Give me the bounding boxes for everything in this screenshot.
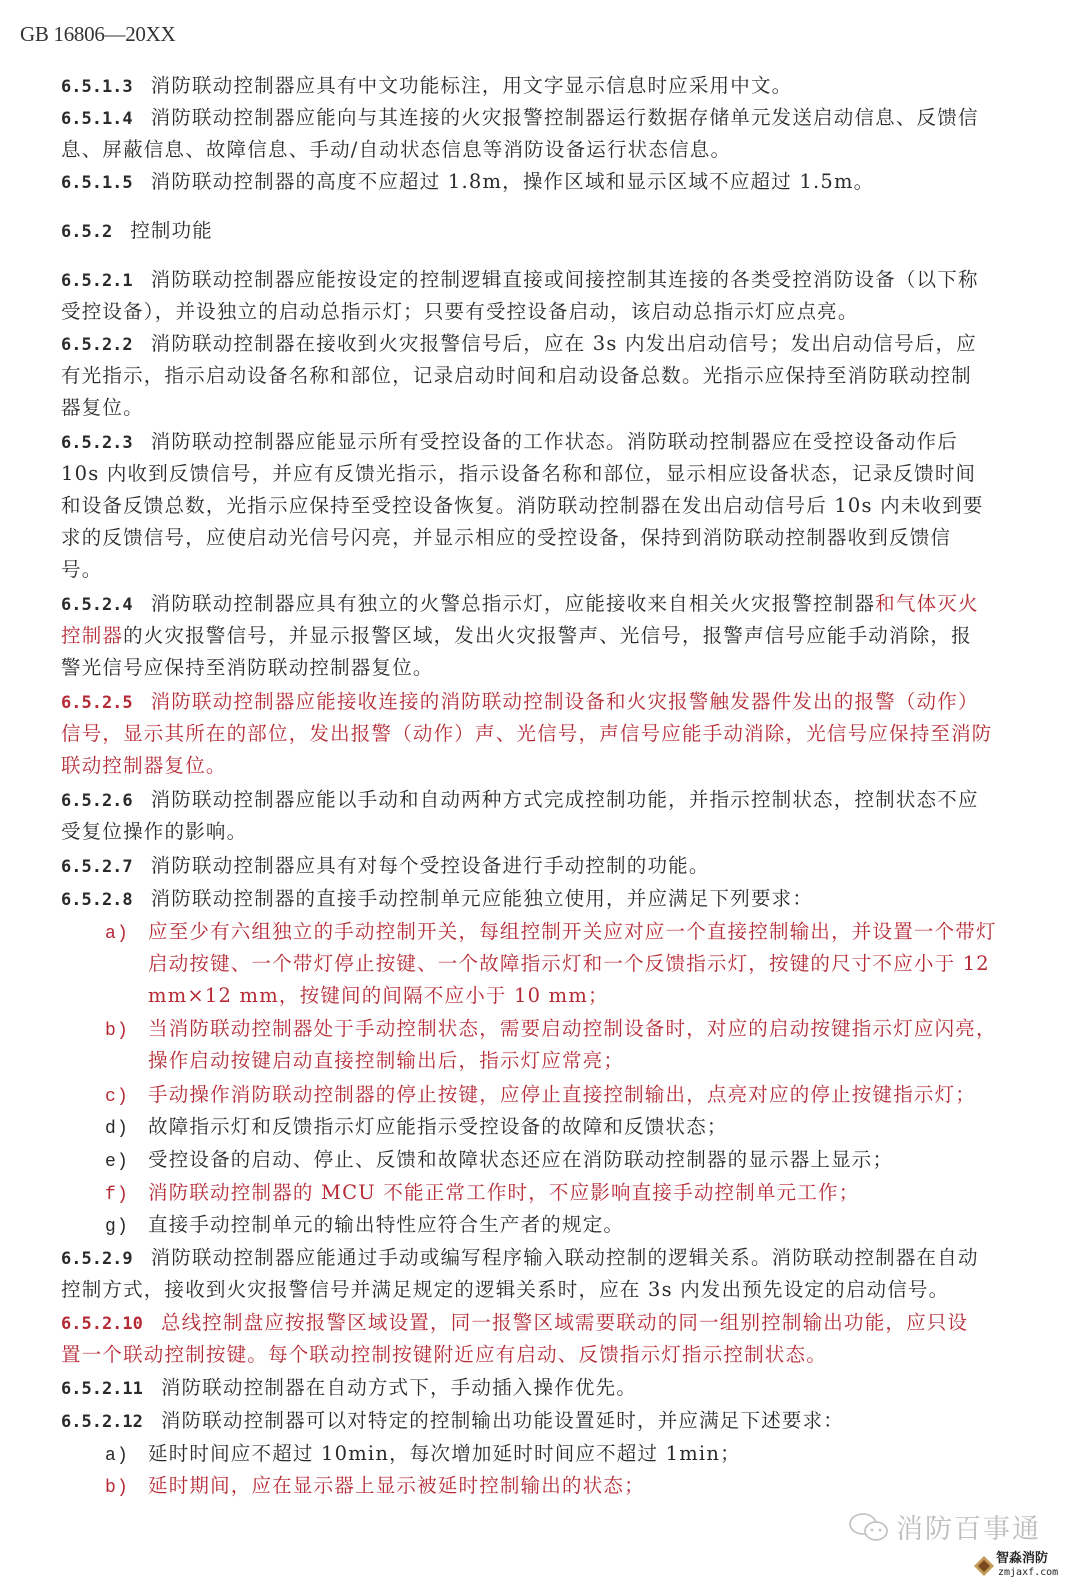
clause-line: 信号，显示其所在的部位，发出报警（动作）声、光信号，声信号应能手动消除，光信号应… <box>61 718 993 750</box>
clause-number: 6.5.2.3 <box>61 433 133 453</box>
body-text: 消防联动控制器应具有独立的火警总指示灯，应能接收来自相关火灾报警控制器 <box>151 592 876 615</box>
body-text: 受控设备），并设独立的启动总指示灯；只要有受控设备启动，该启动总指示灯应点亮。 <box>61 300 859 323</box>
body-text: 息、屏蔽信息、故障信息、手动/自动状态信息等消防设备运行状态信息。 <box>61 138 731 161</box>
clause-line: 6.5.2.7消防联动控制器应具有对每个受控设备进行手动控制的功能。 <box>61 850 710 883</box>
diamond-logo-icon <box>973 1555 995 1577</box>
list-item-line: a)应至少有六组独立的手动控制开关，每组控制开关应对应一个直接控制输出，并设置一… <box>105 916 997 950</box>
brand-name: 智淼消防 <box>996 1547 1048 1566</box>
clause-number: 6.5.2.1 <box>61 271 133 291</box>
body-text: 的火灾报警信号，并显示报警区域，发出火灾报警声、光信号，报警声信号应能手动消除，… <box>123 624 972 647</box>
clause-line: 6.5.2.2消防联动控制器在接收到火灾报警信号后，应在 3s 内发出启动信号；… <box>61 328 977 361</box>
list-item-line: a)延时时间应不超过 10min，每次增加延时时间应不超过 1min； <box>105 1438 741 1472</box>
clause-number: 6.5.2.6 <box>61 791 133 811</box>
clause-line: 10s 内收到反馈信号，并应有反馈光指示，指示设备名称和部位，显示相应设备状态，… <box>61 458 976 490</box>
clause-number: 6.5.1.4 <box>61 109 133 129</box>
highlighted-text: 消防联动控制器的 MCU 不能正常工作时，不应影响直接手动控制单元工作； <box>148 1181 859 1204</box>
highlighted-text: 置一个联动控制按键。每个联动控制按键附近应有启动、反馈指示灯指示控制状态。 <box>61 1343 827 1366</box>
clause-number: 6.5.2.2 <box>61 335 133 355</box>
highlighted-text: 操作启动按键启动直接控制输出后，指示灯应常亮； <box>148 1049 624 1072</box>
body-text: 故障指示灯和反馈指示灯应能指示受控设备的故障和反馈状态； <box>148 1115 728 1138</box>
list-item-line: mm×12 mm，按键间的间隔不应小于 10 mm； <box>105 980 609 1012</box>
list-item-line: d)故障指示灯和反馈指示灯应能指示受控设备的故障和反馈状态； <box>105 1111 728 1145</box>
watermark: 消防百事通 智淼消防 zmjaxf.com <box>848 1505 1048 1585</box>
body-text: 延时时间应不超过 10min，每次增加延时时间应不超过 1min； <box>148 1442 741 1465</box>
body-text: 消防联动控制器可以对特定的控制输出功能设置延时，并应满足下述要求： <box>161 1409 844 1432</box>
list-item-line: 启动按键、一个带灯停止按键、一个故障指示灯和一个反馈指示灯，按键的尺寸不应小于 … <box>105 948 990 980</box>
body-text: 消防联动控制器在自动方式下，手动插入操作优先。 <box>161 1376 637 1399</box>
clause-line: 6.5.2.11消防联动控制器在自动方式下，手动插入操作优先。 <box>61 1372 637 1405</box>
body-text: 消防联动控制器应能按设定的控制逻辑直接或间接控制其连接的各类受控消防设备（以下称 <box>151 268 979 291</box>
highlighted-text: 联动控制器复位。 <box>61 754 227 777</box>
body-text: 消防联动控制器的直接手动控制单元应能独立使用，并应满足下列要求： <box>151 887 813 910</box>
body-text: 10s 内收到反馈信号，并应有反馈光指示，指示设备名称和部位，显示相应设备状态，… <box>61 462 976 485</box>
list-item-line: 操作启动按键启动直接控制输出后，指示灯应常亮； <box>105 1045 624 1077</box>
clause-line: 联动控制器复位。 <box>61 750 227 782</box>
standard-code-header: GB 16806—20XX <box>20 22 175 47</box>
clause-line: 6.5.2.1消防联动控制器应能按设定的控制逻辑直接或间接控制其连接的各类受控消… <box>61 264 979 297</box>
clause-number: 6.5.2.5 <box>61 693 133 713</box>
clause-line: 6.5.1.5消防联动控制器的高度不应超过 1.8m，操作区域和显示区域不应超过… <box>61 166 874 199</box>
list-item-line: e)受控设备的启动、停止、反馈和故障状态还应在消防联动控制器的显示器上显示； <box>105 1144 893 1178</box>
clause-line: 6.5.2.9消防联动控制器应能通过手动或编写程序输入联动控制的逻辑关系。消防联… <box>61 1242 979 1275</box>
clause-number: 6.5.2.8 <box>61 890 133 910</box>
clause-line: 受控设备），并设独立的启动总指示灯；只要有受控设备启动，该启动总指示灯应点亮。 <box>61 296 859 328</box>
body-text: 控制功能 <box>130 219 213 242</box>
body-text: 有光指示，指示启动设备名称和部位，记录启动时间和启动设备总数。光指示应保持至消防… <box>61 364 972 387</box>
highlighted-text: 启动按键、一个带灯停止按键、一个故障指示灯和一个反馈指示灯，按键的尺寸不应小于 … <box>148 952 990 975</box>
clause-line: 警光信号应保持至消防联动控制器复位。 <box>61 652 434 684</box>
clause-line: 6.5.2.3消防联动控制器应能显示所有受控设备的工作状态。消防联动控制器应在受… <box>61 426 958 459</box>
body-text: 器复位。 <box>61 396 144 419</box>
list-item-line: c)手动操作消防联动控制器的停止按键，应停止直接控制输出，点亮对应的停止按键指示… <box>105 1079 976 1113</box>
clause-line: 6.5.2.10总线控制盘应按报警区域设置，同一报警区域需要联动的同一组别控制输… <box>61 1307 968 1340</box>
list-item-label: b) <box>105 1472 148 1504</box>
body-text: 受复位操作的影响。 <box>61 820 247 843</box>
list-item-label: d) <box>105 1113 148 1145</box>
clause-number: 6.5.2 <box>61 222 112 242</box>
clause-line: 控制器的火灾报警信号，并显示报警区域，发出火灾报警声、光信号，报警声信号应能手动… <box>61 620 972 652</box>
highlighted-text: 消防联动控制器应能接收连接的消防联动控制设备和火灾报警触发器件发出的报警（动作） <box>151 690 979 713</box>
clause-number: 6.5.2.4 <box>61 595 133 615</box>
body-text: 消防联动控制器应能显示所有受控设备的工作状态。消防联动控制器应在受控设备动作后 <box>151 430 958 453</box>
clause-number: 6.5.2.10 <box>61 1314 143 1334</box>
list-item-label: a) <box>105 918 148 950</box>
clause-number: 6.5.2.9 <box>61 1249 133 1269</box>
list-item-label: b) <box>105 1015 148 1047</box>
highlighted-text: 总线控制盘应按报警区域设置，同一报警区域需要联动的同一组别控制输出功能，应只设 <box>161 1311 968 1334</box>
list-item-line: b)当消防联动控制器处于手动控制状态，需要启动控制设备时，对应的启动按键指示灯应… <box>105 1013 997 1047</box>
account-name: 消防百事通 <box>896 1507 1041 1546</box>
list-item-label: g) <box>105 1211 148 1243</box>
highlighted-text: 应至少有六组独立的手动控制开关，每组控制开关应对应一个直接控制输出，并设置一个带… <box>148 920 997 943</box>
body-text: 消防联动控制器应能通过手动或编写程序输入联动控制的逻辑关系。消防联动控制器在自动 <box>151 1246 979 1269</box>
body-text: 消防联动控制器应能以手动和自动两种方式完成控制功能，并指示控制状态，控制状态不应 <box>151 788 979 811</box>
highlighted-text: 控制器 <box>61 624 123 647</box>
list-item-label: f) <box>105 1179 148 1211</box>
highlighted-text: 信号，显示其所在的部位，发出报警（动作）声、光信号，声信号应能手动消除，光信号应… <box>61 722 993 745</box>
clause-line: 6.5.2.4消防联动控制器应具有独立的火警总指示灯，应能接收来自相关火灾报警控… <box>61 588 979 621</box>
clause-line: 6.5.1.4消防联动控制器应能向与其连接的火灾报警控制器运行数据存储单元发送启… <box>61 102 979 135</box>
clause-line: 6.5.2.12消防联动控制器可以对特定的控制输出功能设置延时，并应满足下述要求… <box>61 1405 844 1438</box>
section-heading: 6.5.2控制功能 <box>61 215 213 248</box>
body-text: 消防联动控制器应具有对每个受控设备进行手动控制的功能。 <box>151 854 710 877</box>
clause-number: 6.5.2.11 <box>61 1379 143 1399</box>
clause-line: 控制方式，接收到火灾报警信号并满足规定的逻辑关系时，应在 3s 内发出预先设定的… <box>61 1274 949 1306</box>
clause-number: 6.5.1.5 <box>61 173 133 193</box>
body-text: 警光信号应保持至消防联动控制器复位。 <box>61 656 434 679</box>
clause-line: 6.5.2.5消防联动控制器应能接收连接的消防联动控制设备和火灾报警触发器件发出… <box>61 686 979 719</box>
body-text: 和设备反馈总数，光指示应保持至受控设备恢复。消防联动控制器在发出启动信号后 10… <box>61 494 984 517</box>
list-item-line: f)消防联动控制器的 MCU 不能正常工作时，不应影响直接手动控制单元工作； <box>105 1177 859 1211</box>
clause-line: 受复位操作的影响。 <box>61 816 247 848</box>
clause-line: 和设备反馈总数，光指示应保持至受控设备恢复。消防联动控制器在发出启动信号后 10… <box>61 490 984 522</box>
clause-line: 置一个联动控制按键。每个联动控制按键附近应有启动、反馈指示灯指示控制状态。 <box>61 1339 827 1371</box>
clause-number: 6.5.2.7 <box>61 857 133 877</box>
clause-line: 6.5.2.8消防联动控制器的直接手动控制单元应能独立使用，并应满足下列要求： <box>61 883 813 916</box>
clause-line: 6.5.2.6消防联动控制器应能以手动和自动两种方式完成控制功能，并指示控制状态… <box>61 784 979 817</box>
list-item-label: e) <box>105 1146 148 1178</box>
body-text: 消防联动控制器应具有中文功能标注，用文字显示信息时应采用中文。 <box>151 74 793 97</box>
highlighted-text: 当消防联动控制器处于手动控制状态，需要启动控制设备时，对应的启动按键指示灯应闪亮… <box>148 1017 997 1040</box>
list-item-label: c) <box>105 1081 148 1113</box>
clause-number: 6.5.1.3 <box>61 77 133 97</box>
body-text: 消防联动控制器在接收到火灾报警信号后，应在 3s 内发出启动信号；发出启动信号后… <box>151 332 977 355</box>
body-text: 控制方式，接收到火灾报警信号并满足规定的逻辑关系时，应在 3s 内发出预先设定的… <box>61 1278 949 1301</box>
clause-line: 器复位。 <box>61 392 144 424</box>
highlighted-text: 延时期间，应在显示器上显示被延时控制输出的状态； <box>148 1474 645 1497</box>
body-text: 受控设备的启动、停止、反馈和故障状态还应在消防联动控制器的显示器上显示； <box>148 1148 893 1171</box>
body-text: 直接手动控制单元的输出特性应符合生产者的规定。 <box>148 1213 624 1236</box>
body-text: 消防联动控制器应能向与其连接的火灾报警控制器运行数据存储单元发送启动信息、反馈信 <box>151 106 979 129</box>
body-text: 求的反馈信号，应使启动光信号闪亮，并显示相应的受控设备，保持到消防联动控制器收到… <box>61 526 951 549</box>
highlighted-text: 和气体灭火 <box>875 592 979 615</box>
body-text: 消防联动控制器的高度不应超过 1.8m，操作区域和显示区域不应超过 1.5m。 <box>151 170 875 193</box>
highlighted-text: 手动操作消防联动控制器的停止按键，应停止直接控制输出，点亮对应的停止按键指示灯； <box>148 1083 976 1106</box>
clause-line: 6.5.1.3消防联动控制器应具有中文功能标注，用文字显示信息时应采用中文。 <box>61 70 792 103</box>
wechat-icon <box>848 1511 892 1552</box>
clause-line: 息、屏蔽信息、故障信息、手动/自动状态信息等消防设备运行状态信息。 <box>61 134 731 166</box>
clause-line: 号。 <box>61 554 102 586</box>
clause-line: 求的反馈信号，应使启动光信号闪亮，并显示相应的受控设备，保持到消防联动控制器收到… <box>61 522 951 554</box>
clause-number: 6.5.2.12 <box>61 1412 143 1432</box>
list-item-line: b)延时期间，应在显示器上显示被延时控制输出的状态； <box>105 1470 645 1504</box>
list-item-line: g)直接手动控制单元的输出特性应符合生产者的规定。 <box>105 1209 624 1243</box>
list-item-label: a) <box>105 1440 148 1472</box>
body-text: 号。 <box>61 558 102 581</box>
clause-line: 有光指示，指示启动设备名称和部位，记录启动时间和启动设备总数。光指示应保持至消防… <box>61 360 972 392</box>
highlighted-text: mm×12 mm，按键间的间隔不应小于 10 mm； <box>148 984 609 1007</box>
brand-url: zmjaxf.com <box>998 1567 1058 1578</box>
